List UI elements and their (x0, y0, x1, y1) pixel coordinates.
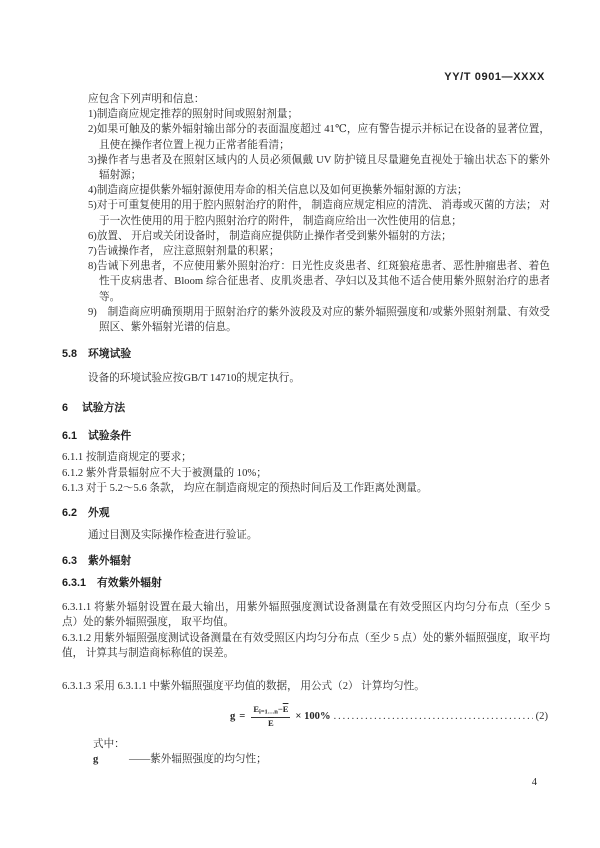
section-number: 5.8 (62, 348, 77, 361)
section-number: 6.1 (62, 430, 77, 443)
section-title: 有效紫外辐射 (97, 577, 162, 589)
fraction-denominator: E (251, 718, 290, 728)
section-heading-6-2: 6.2外观 (62, 507, 600, 520)
section-title: 环境试验 (88, 348, 131, 360)
where-dash: —— (129, 754, 150, 765)
section-6-2-body: 通过目测及实际操作检查进行验证。 (62, 528, 548, 543)
statement-item-6: 6)放置、 开启或关闭设备时， 制造商应提供防止操作者受到紫外辐射的方法； (88, 229, 550, 244)
section-heading-6-3: 6.3紫外辐射 (62, 555, 600, 568)
section-title: 紫外辐射 (88, 555, 131, 567)
clause-6-3-1-2: 6.3.1.2 用紫外辐照强度测试设备测量在有效受照区内均匀分布点（至少 5 点… (62, 631, 550, 662)
statement-item-7: 7)告诫操作者， 应注意照射剂量的积累； (88, 244, 550, 259)
clause-6-1-2: 6.1.2 紫外背景辐射应不大于被测量的 10%； (62, 466, 550, 481)
section-heading-5-8: 5.8环境试验 (62, 348, 600, 361)
clauses-6-1: 6.1.1 按制造商规定的要求； 6.1.2 紫外背景辐射应不大于被测量的 10… (62, 450, 550, 496)
formula-expression: g = Ei=1…n−E E × 100% (230, 704, 331, 729)
equals-sign: = (239, 711, 245, 722)
formula-2: g = Ei=1…n−E E × 100% ..................… (62, 704, 548, 729)
section-number: 6 (62, 402, 68, 415)
formula-fraction: Ei=1…n−E E (251, 704, 290, 729)
section-5-8-body: 设备的环境试验应按GB/T 14710的规定执行。 (62, 371, 548, 386)
clause-6-3-1-1: 6.3.1.1 将紫外辐射设置在最大输出，用紫外辐照强度测试设备测量在有效受照区… (62, 600, 550, 631)
section-title: 试验条件 (88, 430, 131, 442)
section-title: 外观 (88, 507, 110, 519)
section-heading-6: 6试验方法 (62, 402, 600, 415)
statement-item-5: 5)对于可重复使用的用于腔内照射治疗的附件， 制造商应规定相应的清洗、 消毒或灭… (88, 198, 550, 228)
formula-lhs: g (230, 711, 235, 722)
formula-dot-leader: ........................................… (334, 711, 533, 722)
section-title: 试验方法 (82, 402, 125, 414)
doc-number: YY/T 0901—XXXX (0, 0, 545, 83)
clause-6-1-3: 6.1.3 对于 5.2～5.6 条款， 均应在制造商规定的预热时间后及工作距离… (62, 481, 550, 496)
where-definition: 紫外辐照强度的均匀性； (150, 754, 267, 765)
clause-6-1-1: 6.1.1 按制造商规定的要求； (62, 450, 550, 465)
statements-block: 应包含下列声明和信息： 1)制造商应规定推荐的照射时间或照射剂量； 2)如果可触… (88, 92, 550, 335)
denominator-mean-E: E (268, 718, 274, 728)
section-heading-6-3-1: 6.3.1有效紫外辐射 (62, 577, 600, 590)
page-number: 4 (532, 777, 537, 788)
where-clause-g: g——紫外辐照强度的均匀性； (93, 752, 600, 767)
section-number: 6.2 (62, 507, 77, 520)
section-number: 6.3.1 (62, 577, 86, 590)
statement-item-1: 1)制造商应规定推荐的照射时间或照射剂量； (88, 107, 550, 122)
numerator-mean-E: E (283, 704, 289, 714)
formula-multiplier: × 100% (295, 711, 330, 722)
document-page: YY/T 0901—XXXX 应包含下列声明和信息： 1)制造商应规定推荐的照射… (0, 0, 600, 848)
statements-lead: 应包含下列声明和信息： (88, 92, 550, 107)
where-lead: 式中： (93, 737, 600, 752)
numerator-subscript: i=1…n (259, 708, 278, 715)
formula-label: (2) (536, 711, 548, 722)
statement-item-4: 4)制造商应提供紫外辐射源使用寿命的相关信息以及如何更换紫外辐射源的方法； (88, 183, 550, 198)
statement-item-8: 8)告诫下列患者，不应使用紫外照射治疗：日光性皮炎患者、红斑狼疮患者、恶性肿瘤患… (88, 259, 550, 305)
statement-item-3: 3)操作者与患者及在照射区域内的人员必须佩戴 UV 防护镜且尽量避免直视处于输出… (88, 153, 550, 183)
fraction-numerator: Ei=1…n−E (251, 704, 290, 719)
statement-item-2: 2)如果可触及的紫外辐射输出部分的表面温度超过 41℃，应有警告提示并标记在设备… (88, 122, 550, 152)
statement-item-9: 9) 制造商应明确预期用于照射治疗的紫外波段及对应的紫外辐照强度和/或紫外照射剂… (88, 305, 550, 335)
clause-6-3-1-3: 6.3.1.3 采用 6.3.1.1 中紫外辐照强度平均值的数据， 用公式（2）… (62, 679, 550, 694)
section-number: 6.3 (62, 555, 77, 568)
section-heading-6-1: 6.1试验条件 (62, 430, 600, 443)
where-symbol: g (93, 752, 129, 767)
